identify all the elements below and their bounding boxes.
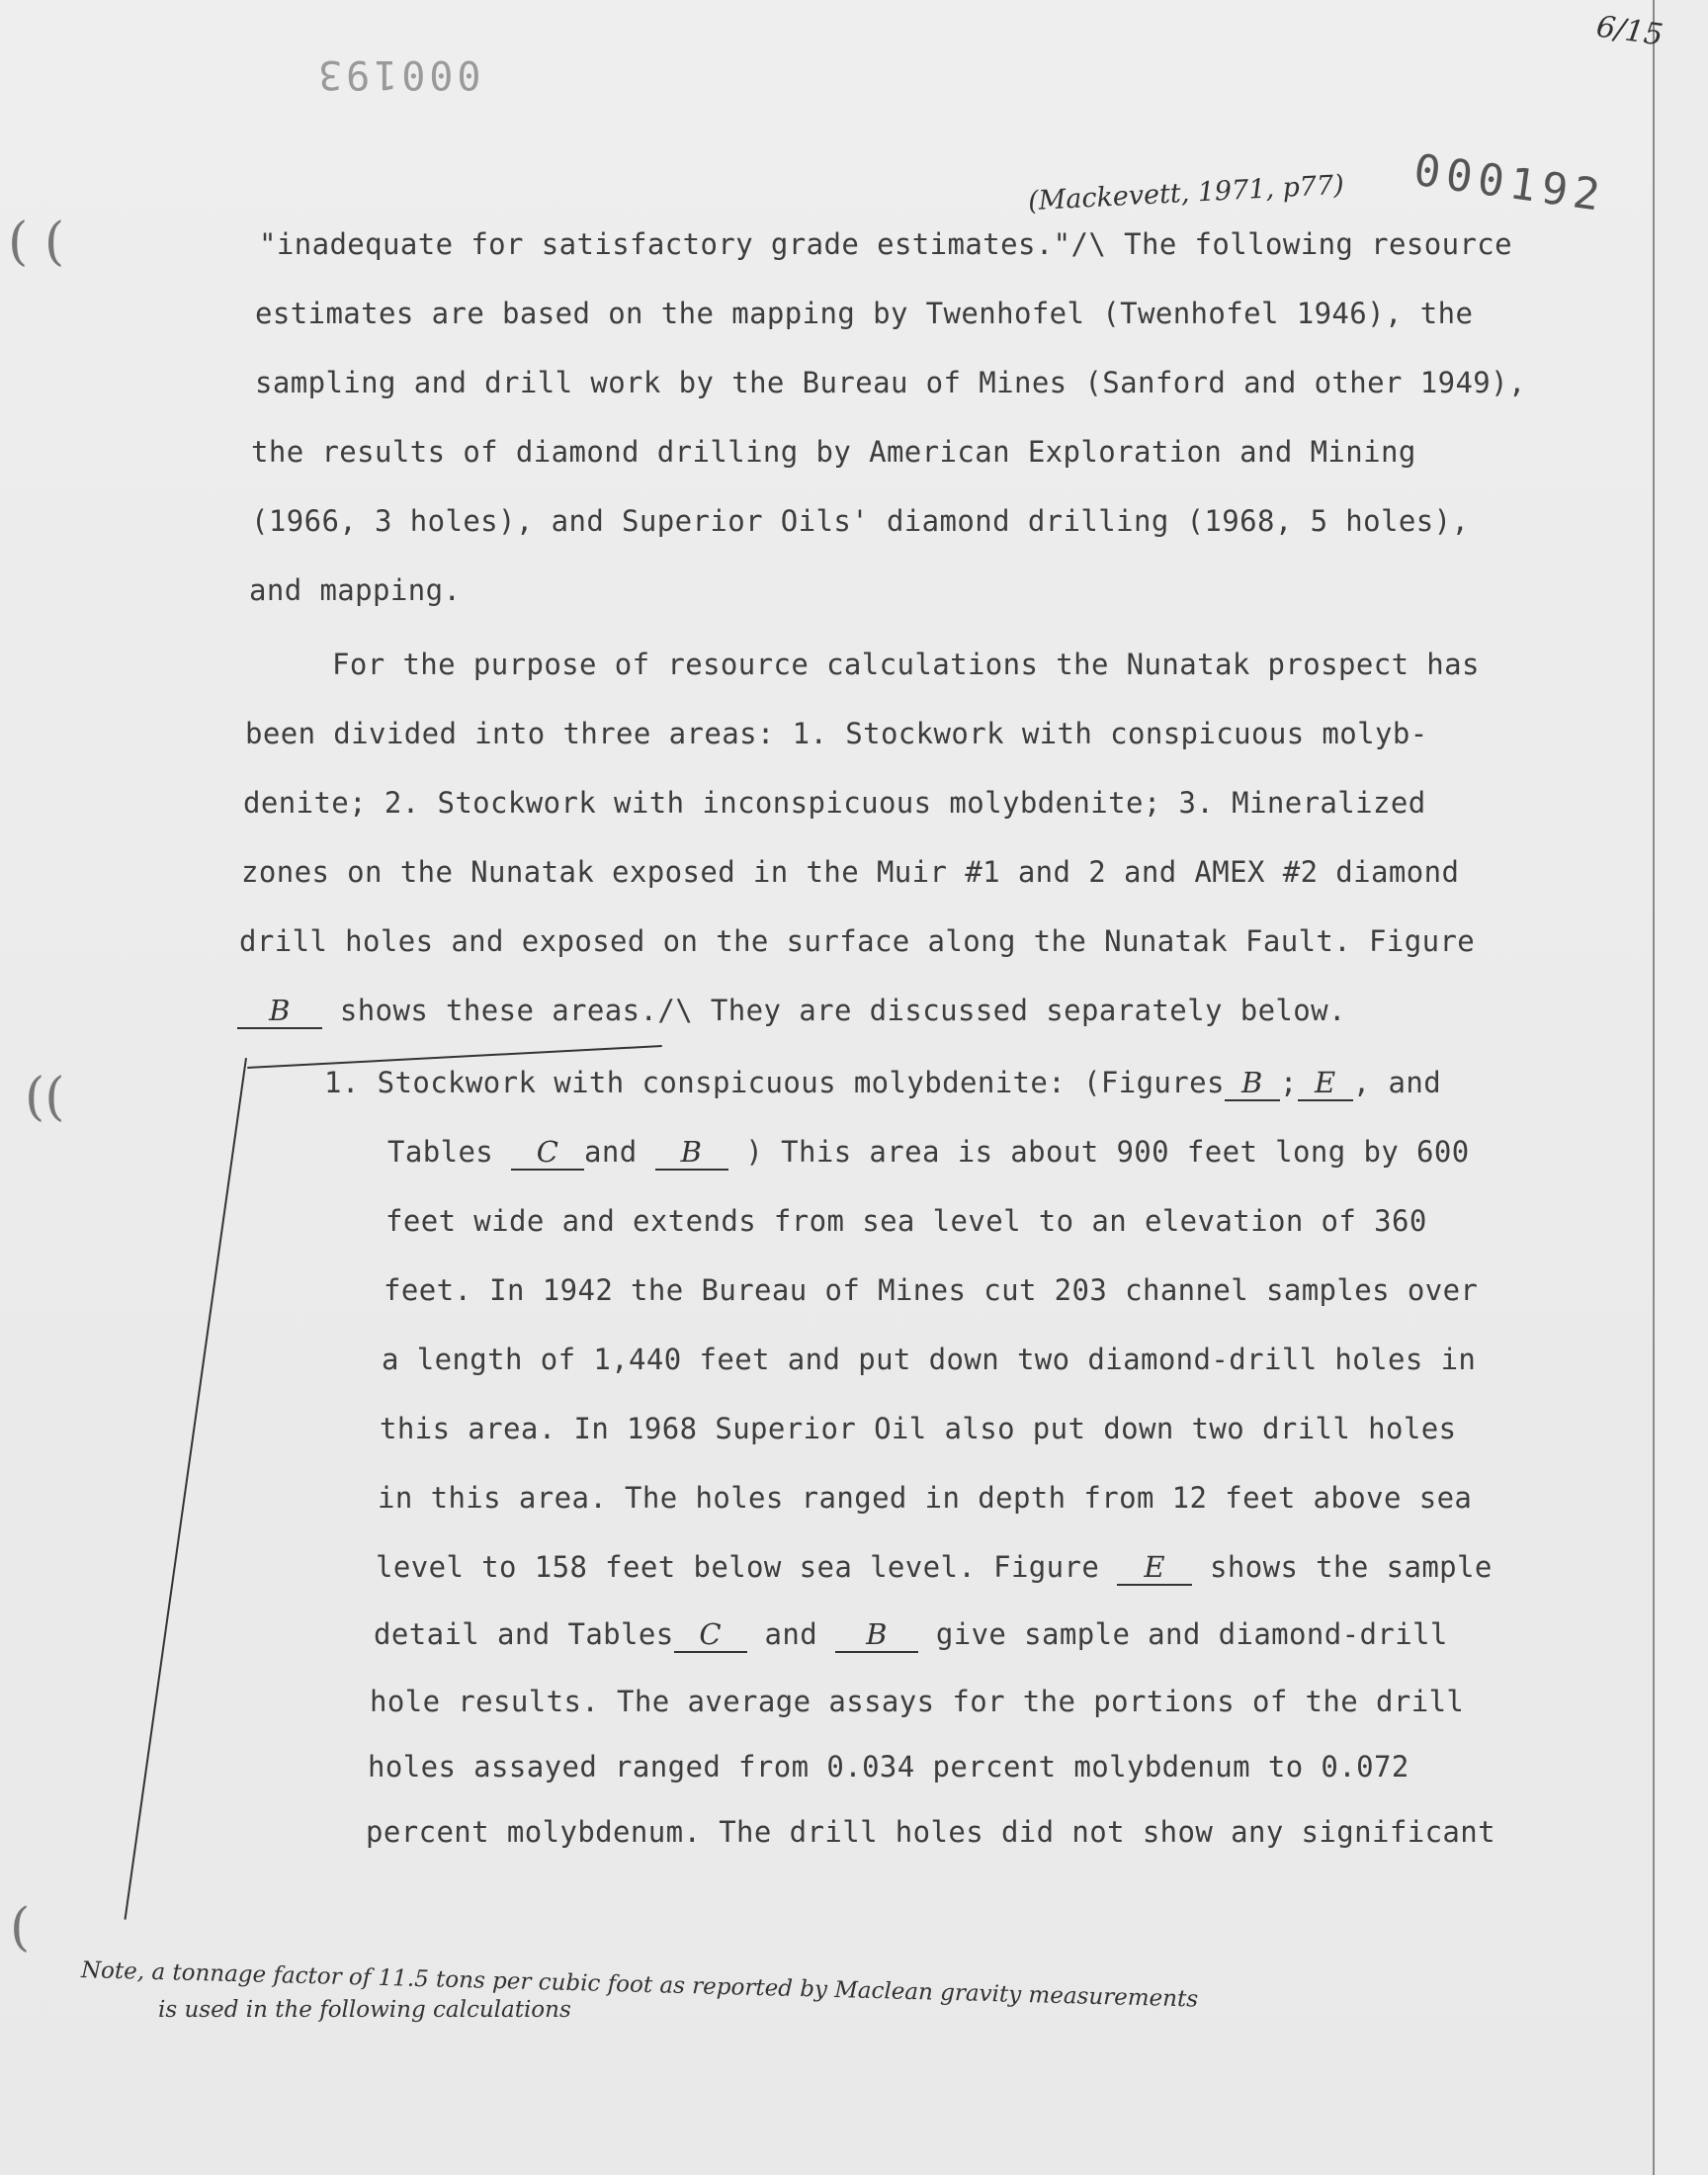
text-line: feet. In 1942 the Bureau of Mines cut 20… — [384, 1273, 1478, 1307]
figure-fill-in: E — [1117, 1550, 1192, 1586]
table-fill-in: B — [835, 1617, 918, 1653]
text-line: this area. In 1968 Superior Oil also put… — [380, 1412, 1456, 1445]
text-line: level to 158 feet below sea level. Figur… — [376, 1550, 1493, 1586]
text-segment: ) This area is about 900 feet long by 60… — [745, 1135, 1469, 1169]
text-segment: give sample and diamond-drill — [936, 1617, 1448, 1651]
text-segment: and — [765, 1617, 818, 1651]
text-line: drill holes and exposed on the surface a… — [239, 924, 1475, 958]
text-line: the results of diamond drilling by Ameri… — [251, 435, 1416, 469]
text-segment: and — [584, 1135, 638, 1169]
item-number: 1. — [324, 1066, 360, 1099]
text-line: "inadequate for satisfactory grade estim… — [259, 227, 1512, 261]
figure-fill-in: B — [1225, 1066, 1280, 1101]
text-segment: detail and Tables — [374, 1617, 674, 1651]
text-line: been divided into three areas: 1. Stockw… — [245, 717, 1428, 750]
text-line: denite; 2. Stockwork with inconspicuous … — [243, 786, 1426, 820]
text-line: For the purpose of resource calculations… — [332, 648, 1480, 681]
text-line: estimates are based on the mapping by Tw… — [255, 297, 1473, 330]
margin-mark-middle: (( — [25, 1068, 65, 1127]
text-segment: , and — [1353, 1066, 1441, 1099]
text-line: zones on the Nunatak exposed in the Muir… — [241, 855, 1459, 889]
text-segment: shows these areas./\ They are discussed … — [340, 994, 1346, 1027]
text-line: 1. Stockwork with conspicuous molybdenit… — [324, 1066, 1441, 1101]
bracket-vertical-mark — [125, 1058, 247, 1920]
document-page: 000193 6/15 (Mackevett, 1971, p77) 00019… — [0, 0, 1655, 2175]
text-line: Tables Cand B ) This area is about 900 f… — [387, 1135, 1470, 1171]
text-line: in this area. The holes ranged in depth … — [378, 1481, 1472, 1515]
inverted-page-stamp: 000193 — [314, 51, 481, 97]
margin-mark-top: ( ( — [8, 213, 64, 272]
page-fraction-note: 6/15 — [1594, 9, 1665, 52]
table-fill-in: C — [674, 1617, 747, 1653]
figure-fill-in: E — [1298, 1066, 1353, 1101]
text-line: hole results. The average assays for the… — [370, 1685, 1464, 1718]
handwritten-footnote-line2: is used in the following calculations — [158, 1997, 571, 2023]
page-stamp-number: 000192 — [1410, 145, 1608, 222]
text-segment: shows the sample — [1210, 1550, 1493, 1584]
text-segment: Tables — [387, 1135, 493, 1169]
text-line: sampling and drill work by the Bureau of… — [255, 366, 1526, 399]
text-line: and mapping. — [249, 573, 461, 607]
text-line: feet wide and extends from sea level to … — [385, 1204, 1427, 1238]
text-segment: level to 158 feet below sea level. Figur… — [376, 1550, 1099, 1584]
margin-mark-bottom: ( — [10, 1898, 30, 1957]
text-line: detail and TablesC and B give sample and… — [374, 1617, 1448, 1653]
text-segment: ; — [1280, 1066, 1298, 1099]
text-line: holes assayed ranged from 0.034 percent … — [368, 1750, 1409, 1783]
text-line: percent molybdenum. The drill holes did … — [366, 1815, 1495, 1849]
handwritten-citation: (Mackevett, 1971, p77) — [1027, 170, 1344, 217]
table-fill-in: B — [655, 1135, 728, 1171]
text-line: a length of 1,440 feet and put down two … — [382, 1343, 1476, 1376]
table-fill-in: C — [511, 1135, 584, 1171]
text-line: (1966, 3 holes), and Superior Oils' diam… — [251, 504, 1469, 538]
figure-fill-in: B — [237, 994, 322, 1029]
text-line: B shows these areas./\ They are discusse… — [237, 994, 1346, 1029]
text-segment: Stockwork with conspicuous molybdenite: … — [378, 1066, 1225, 1099]
